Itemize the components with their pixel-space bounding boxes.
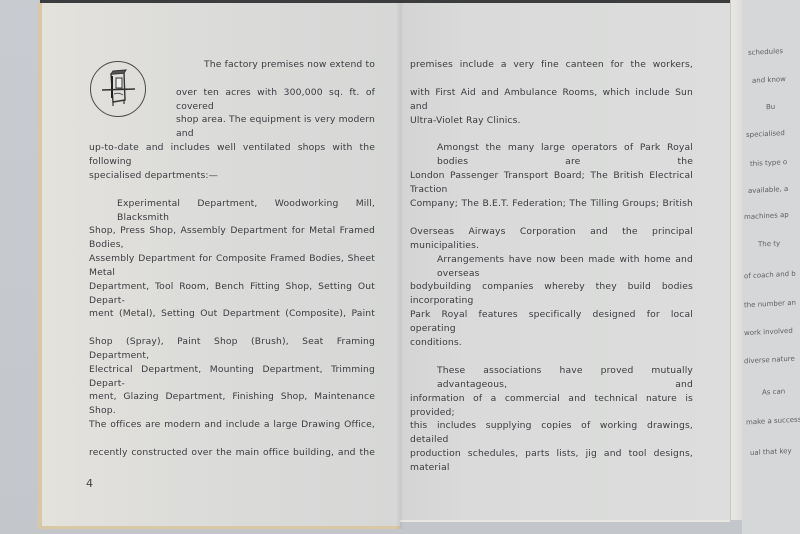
next-page-text-fragment: Bu — [766, 103, 775, 111]
page-gutter — [396, 3, 404, 529]
text-line: production schedules, parts lists, jig a… — [410, 447, 693, 461]
text-line: Arrangements have now been made with hom… — [437, 253, 693, 267]
text-line: Electrical Department, Mounting Departme… — [89, 363, 375, 377]
next-page-text-fragment: available, a — [748, 185, 788, 195]
text-line: shop area. The equipment is very modern … — [176, 113, 375, 127]
text-line: The factory premises now extend to — [204, 58, 375, 72]
next-page-text-fragment: diverse nature — [744, 355, 795, 366]
text-line: Overseas Airways Corporation and the pri… — [410, 225, 693, 239]
sedan-chair-coach-icon — [90, 61, 146, 117]
next-page-partial: schedulesand knowBuspecialisedthis type … — [742, 0, 800, 534]
text-line: ment (Metal), Setting Out Department (Co… — [89, 307, 375, 321]
text-line: information of a commercial and technica… — [410, 392, 693, 406]
text-line: Shop (Spray), Paint Shop (Brush), Seat F… — [89, 335, 375, 349]
next-page-text-fragment: of coach and b — [744, 270, 796, 281]
text-line: ment, Glazing Department, Finishing Shop… — [89, 390, 375, 404]
next-page-text-fragment: machines ap — [744, 211, 789, 221]
text-line: specialised departments:— — [89, 169, 218, 183]
next-page-text-fragment: and know — [752, 75, 786, 85]
text-line: recently constructed over the main offic… — [89, 446, 375, 460]
next-page-text-fragment: ual that key — [750, 447, 792, 457]
next-page-text-fragment: this type o — [750, 158, 787, 168]
text-line: The offices are modern and include a lar… — [89, 418, 375, 432]
text-line: Park Royal features specifically designe… — [410, 308, 693, 322]
text-line: Shop, Press Shop, Assembly Department fo… — [89, 224, 375, 238]
text-line: up-to-date and includes well ventilated … — [89, 141, 375, 155]
text-line: bodybuilding companies whereby they buil… — [410, 280, 693, 294]
text-line: Department, Tool Room, Bench Fitting Sho… — [89, 280, 375, 294]
next-page-text-fragment: specialised — [746, 129, 785, 139]
next-page-text-fragment: make a success — [746, 416, 800, 427]
next-page-text-fragment: As can — [762, 387, 785, 396]
page-number: 4 — [86, 477, 93, 490]
text-line: this includes supplying copies of workin… — [410, 419, 693, 433]
next-page-text-fragment: schedules — [748, 47, 783, 57]
next-page-text-fragment: work involved — [744, 327, 793, 338]
next-page-text-fragment: The ty — [758, 239, 780, 248]
text-line: London Passenger Transport Board; The Br… — [410, 169, 693, 183]
text-line: Ultra-Violet Ray Clinics. — [410, 114, 521, 128]
text-line: conditions. — [410, 336, 462, 350]
text-line: Company; The B.E.T. Federation; The Till… — [410, 197, 693, 211]
text-line: Assembly Department for Composite Framed… — [89, 252, 375, 266]
text-line: Experimental Department, Woodworking Mil… — [117, 197, 375, 211]
text-line: These associations have proved mutually … — [437, 364, 693, 378]
text-line: with First Aid and Ambulance Rooms, whic… — [410, 86, 693, 100]
text-line: premises include a very fine canteen for… — [410, 58, 693, 72]
next-page-text-fragment: the number an — [744, 299, 796, 310]
text-line: Amongst the many large operators of Park… — [437, 141, 693, 155]
text-line: over ten acres with 300,000 sq. ft. of c… — [176, 86, 375, 100]
